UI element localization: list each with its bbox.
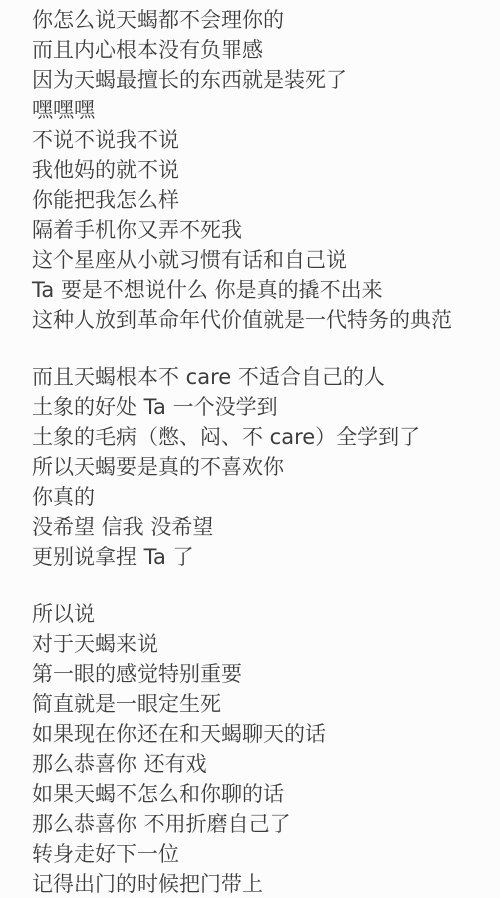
text-page: 你怎么说天蝎都不会理你的而且内心根本没有负罪感因为天蝎最擅长的东西就是装死了嘿嘿…: [0, 0, 500, 898]
text-line: 土象的毛病（憋、闷、不 care）全学到了: [32, 422, 482, 452]
paragraph: 所以说对于天蝎来说第一眼的感觉特别重要简直就是一眼定生死如果现在你还在和天蝎聊天…: [32, 599, 482, 898]
text-line: Ta 要是不想说什么 你是真的撬不出来: [32, 275, 482, 305]
text-line: 那么恭喜你 还有戏: [32, 749, 482, 779]
text-line: 土象的好处 Ta 一个没学到: [32, 392, 482, 422]
text-line: 如果天蝎不怎么和你聊的话: [32, 779, 482, 809]
text-line: 我他妈的就不说: [32, 155, 482, 185]
text-line: 记得出门的时候把门带上: [32, 869, 482, 898]
text-line: 你能把我怎么样: [32, 185, 482, 215]
text-line: 对于天蝎来说: [32, 629, 482, 659]
text-line: 那么恭喜你 不用折磨自己了: [32, 809, 482, 839]
text-line: 这种人放到革命年代价值就是一代特务的典范: [32, 305, 482, 335]
text-line: 转身走好下一位: [32, 839, 482, 869]
text-line: 嘿嘿嘿: [32, 95, 482, 125]
text-line: 不说不说我不说: [32, 125, 482, 155]
text-line: 如果现在你还在和天蝎聊天的话: [32, 719, 482, 749]
text-line: 更别说拿捏 Ta 了: [32, 542, 482, 572]
paragraph: 而且天蝎根本不 care 不适合自己的人土象的好处 Ta 一个没学到土象的毛病（…: [32, 362, 482, 572]
text-line: 所以天蝎要是真的不喜欢你: [32, 452, 482, 482]
text-line: 而且内心根本没有负罪感: [32, 35, 482, 65]
text-line: 你怎么说天蝎都不会理你的: [32, 5, 482, 35]
text-line: 第一眼的感觉特别重要: [32, 659, 482, 689]
text-line: 没希望 信我 没希望: [32, 512, 482, 542]
text-line: 简直就是一眼定生死: [32, 689, 482, 719]
text-line: 你真的: [32, 482, 482, 512]
text-line: 而且天蝎根本不 care 不适合自己的人: [32, 362, 482, 392]
text-line: 因为天蝎最擅长的东西就是装死了: [32, 65, 482, 95]
text-line: 这个星座从小就习惯有话和自己说: [32, 245, 482, 275]
paragraph: 你怎么说天蝎都不会理你的而且内心根本没有负罪感因为天蝎最擅长的东西就是装死了嘿嘿…: [32, 5, 482, 335]
text-body: 你怎么说天蝎都不会理你的而且内心根本没有负罪感因为天蝎最擅长的东西就是装死了嘿嘿…: [32, 5, 482, 898]
text-line: 所以说: [32, 599, 482, 629]
text-line: 隔着手机你又弄不死我: [32, 215, 482, 245]
